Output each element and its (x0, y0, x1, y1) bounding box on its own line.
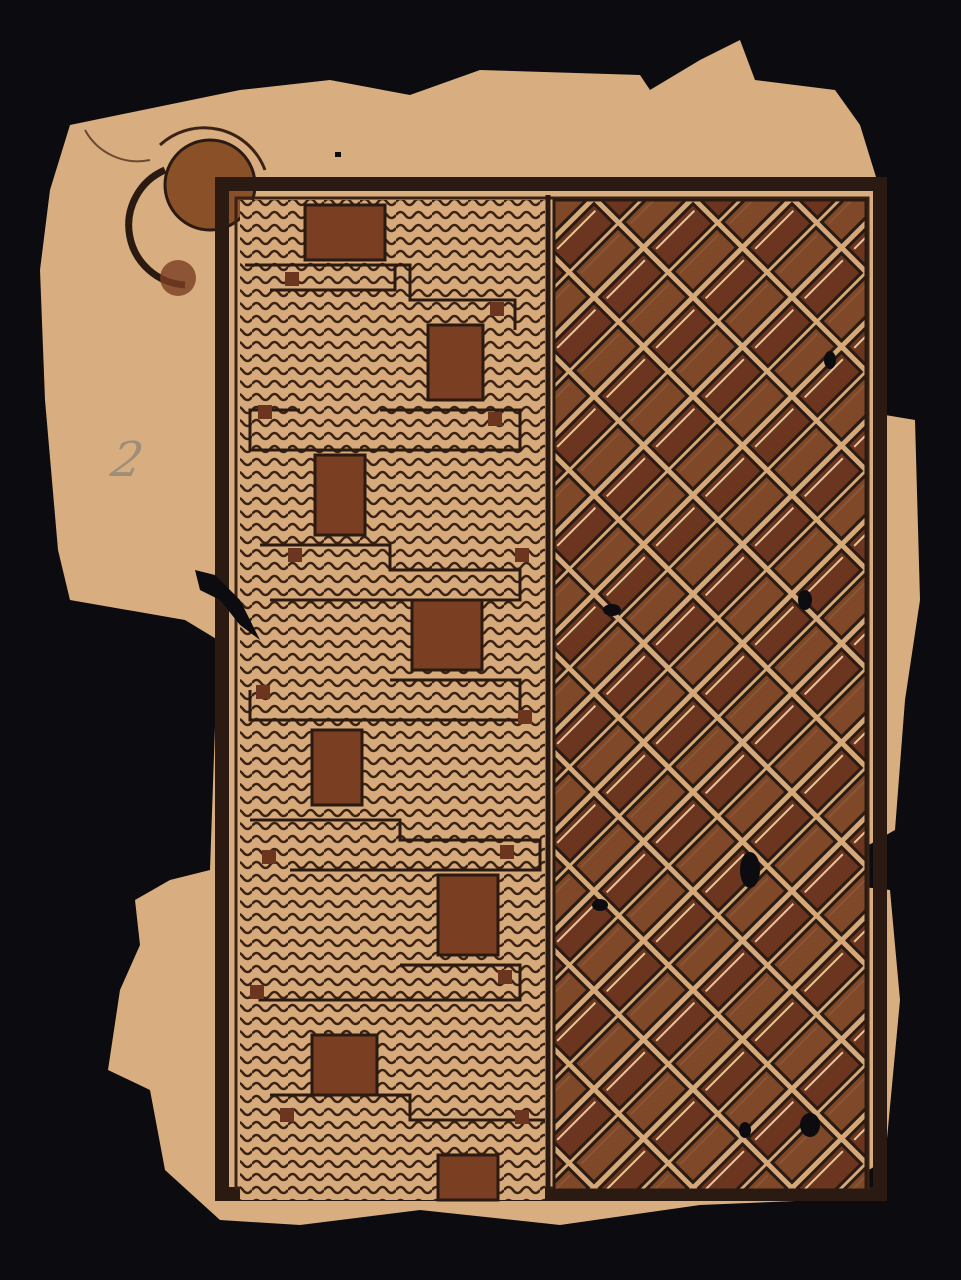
right-panel (554, 200, 866, 1190)
left-panel (240, 195, 548, 1200)
manuscript-photo (0, 0, 961, 1280)
